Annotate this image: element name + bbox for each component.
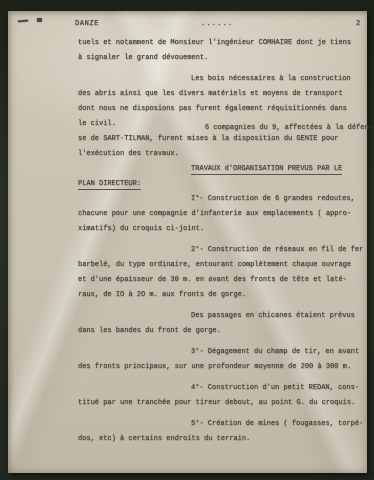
text-line: 3°- Dégagement du champ de tir, en avant [78, 345, 362, 360]
text-segment: dans les bandes du front de gorge. [78, 327, 221, 335]
text-segment: Des passages en chicanes étaient prévus [191, 312, 355, 320]
text-line: 2°- Construction de réseaux en fil de fe… [78, 243, 362, 258]
text-segment: raux, de IO à 2O m. aux fronts de gorge. [78, 291, 246, 299]
text-line: ximatifs) du croquis ci-joint. [78, 222, 362, 237]
text-line: le civil.6 compagnies du 9, affectées à … [78, 117, 362, 132]
text-segment: tuels et notamment de Monsieur l'ingénie… [78, 39, 351, 47]
text-line: raux, de IO à 2O m. aux fronts de gorge. [78, 288, 362, 303]
page-header: DANZE ...... 2 [8, 17, 367, 32]
text-segment: barbelé, du type ordinaire, entourant co… [78, 261, 351, 269]
text-line: chacune pour une compagnie d'infanterie … [78, 207, 362, 222]
text-line: dont nous ne disposions pas furent égale… [78, 102, 362, 117]
text-segment: dos, etc) à certains endroits du terrain… [78, 435, 250, 443]
text-segment: 5°- Création de mines ( fougasses, torpé… [191, 420, 363, 428]
page-number: 2 [356, 17, 360, 32]
text-line: 5°- Création de mines ( fougasses, torpé… [78, 417, 362, 432]
text-line: et d'une épaisseur de 30 m. en avant des… [78, 273, 362, 288]
text-segment: dont nous ne disposions pas furent égale… [78, 105, 347, 113]
document-body: tuels et notamment de Monsieur l'ingénie… [78, 36, 362, 447]
text-line: I°- Construction de 6 grandes redoutes, [78, 192, 362, 207]
text-segment: et d'une épaisseur de 30 m. en avant des… [78, 276, 347, 284]
text-segment: I°- Construction de 6 grandes redoutes, [191, 195, 355, 203]
text-line: barbelé, du type ordinaire, entourant co… [78, 258, 362, 273]
text-segment: 4°- Construction d'un petit REDAN, cons- [191, 384, 359, 392]
text-line: des abris ainsi que les divers matériels… [78, 87, 362, 102]
text-segment: TRAVAUX d'ORGANISATION PREVUS PAR LE [191, 165, 342, 175]
text-line: à signaler le grand dévouement. [78, 51, 362, 66]
text-segment: Les bois nécessaires à la construction [191, 75, 351, 83]
document-label: DANZE [75, 17, 99, 32]
text-segment: des abris ainsi que les divers matériels… [78, 90, 343, 98]
text-line: dans les bandes du front de gorge. [78, 324, 362, 339]
text-segment: se de SART-TILMAN, furent mises à la dis… [78, 135, 338, 143]
text-segment: chacune pour une compagnie d'infanterie … [78, 210, 351, 218]
text-segment: ximatifs) du croquis ci-joint. [78, 225, 204, 233]
scanned-page: DANZE ...... 2 tuels et notamment de Mon… [8, 11, 367, 473]
text-line: des fronts principaux, sur une profondeu… [78, 360, 362, 375]
text-segment: 6 compagnies du 9, affectées à la défen- [205, 124, 373, 132]
text-line: Les bois nécessaires à la construction [78, 72, 362, 87]
text-line: dos, etc) à certains endroits du terrain… [78, 432, 362, 447]
separator-dots: ...... [201, 17, 233, 32]
text-line: PLAN DIRECTEUR: [78, 177, 362, 192]
text-segment: 2°- Construction de réseaux en fil de fe… [191, 246, 363, 254]
text-line: l'exécution des travaux. [78, 147, 362, 162]
text-line: se de SART-TILMAN, furent mises à la dis… [78, 132, 362, 147]
text-line: 4°- Construction d'un petit REDAN, cons- [78, 381, 362, 396]
text-segment: des fronts principaux, sur une profondeu… [78, 363, 351, 371]
text-line: TRAVAUX d'ORGANISATION PREVUS PAR LE [78, 162, 362, 177]
text-segment: le civil. [78, 120, 116, 128]
text-line: Des passages en chicanes étaient prévus [78, 309, 362, 324]
text-line: tuels et notamment de Monsieur l'ingénie… [78, 36, 362, 51]
text-segment: 3°- Dégagement du champ de tir, en avant [191, 348, 359, 356]
text-segment: titué par une tranchée pour tireur debou… [78, 399, 355, 407]
text-segment: l'exécution des travaux. [78, 150, 179, 158]
text-segment: PLAN DIRECTEUR: [78, 180, 141, 190]
text-segment: à signaler le grand dévouement. [78, 54, 208, 62]
text-line: titué par une tranchée pour tireur debou… [78, 396, 362, 411]
scan-background: DANZE ...... 2 tuels et notamment de Mon… [0, 0, 374, 480]
